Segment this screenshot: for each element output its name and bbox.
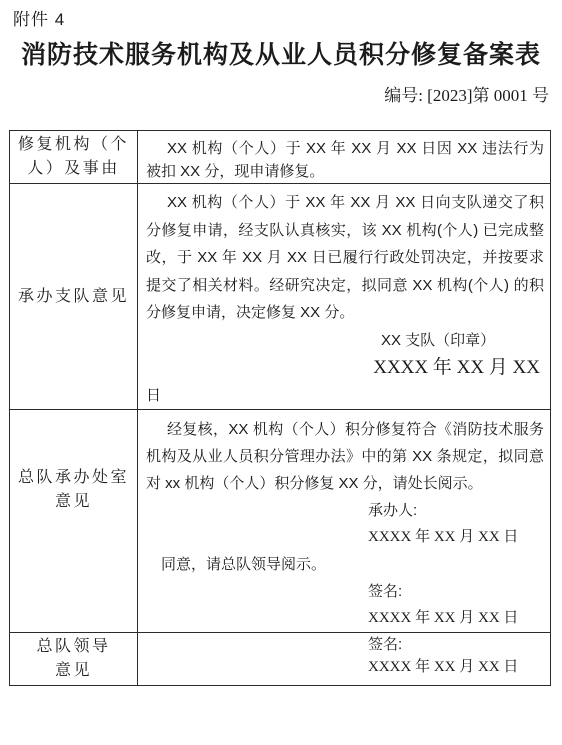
row-corps-leader-opinion: 总队领导 意见 签名: XXXX 年 XX 月 XX 日 [10, 633, 551, 686]
content-cell-repair-party: XX 机构（个人）于 XX 年 XX 月 XX 日因 XX 违法行为被扣 XX … [138, 131, 551, 184]
handler-label: 承办人: [368, 497, 544, 524]
content-cell-corps-office-opinion: 经复核，XX 机构（个人）积分修复符合《消防技术服务机构及从业人员积分管理办法》… [138, 410, 551, 633]
filing-table: 修复机构（个 人）及事由 XX 机构（个人）于 XX 年 XX 月 XX 日因 … [9, 130, 551, 686]
repair-party-paragraph: XX 机构（个人）于 XX 年 XX 月 XX 日因 XX 违法行为被扣 XX … [146, 137, 544, 183]
brigade-date-wrap-char: 日 [146, 382, 544, 410]
leader-sign-date: XXXX 年 XX 月 XX 日 [368, 656, 544, 679]
label-cell-repair-party: 修复机构（个 人）及事由 [10, 131, 138, 184]
content-cell-corps-leader-opinion: 签名: XXXX 年 XX 月 XX 日 [138, 633, 551, 686]
row-corps-office-opinion: 总队承办处室 意见 经复核，XX 机构（个人）积分修复符合《消防技术服务机构及从… [10, 410, 551, 633]
row-brigade-opinion: 承办支队意见 XX 机构（个人）于 XX 年 XX 月 XX 日向支队递交了积分… [10, 184, 551, 410]
page-title: 消防技术服务机构及从业人员积分修复备案表 [0, 38, 562, 72]
label-cell-corps-leader-opinion: 总队领导 意见 [10, 633, 138, 686]
brigade-date-line: XXXX 年 XX 月 XX [146, 354, 544, 382]
handler-date: XXXX 年 XX 月 XX 日 [368, 524, 544, 551]
office-sign-date: XXXX 年 XX 月 XX 日 [368, 605, 544, 632]
label-cell-brigade-opinion: 承办支队意见 [10, 184, 138, 410]
leader-sign-label: 签名: [368, 633, 544, 656]
label-cell-corps-office-opinion: 总队承办处室 意见 [10, 410, 138, 633]
brigade-stamp-line: XX 支队（印章） [381, 327, 544, 355]
page: { "header": { "attachment": "附件 4", "tit… [0, 0, 562, 745]
office-sign-label: 签名: [368, 578, 544, 605]
attachment-label: 附件 4 [13, 8, 562, 32]
content-cell-brigade-opinion: XX 机构（个人）于 XX 年 XX 月 XX 日向支队递交了积分修复申请，经支… [138, 184, 551, 410]
approval-note: 同意，请总队领导阅示。 [146, 551, 544, 578]
brigade-opinion-paragraph: XX 机构（个人）于 XX 年 XX 月 XX 日向支队递交了积分修复申请，经支… [146, 189, 544, 327]
row-repair-party: 修复机构（个 人）及事由 XX 机构（个人）于 XX 年 XX 月 XX 日因 … [10, 131, 551, 184]
doc-number: 编号: [2023]第 0001 号 [9, 84, 551, 108]
corps-office-paragraph: 经复核，XX 机构（个人）积分修复符合《消防技术服务机构及从业人员积分管理办法》… [146, 416, 544, 497]
